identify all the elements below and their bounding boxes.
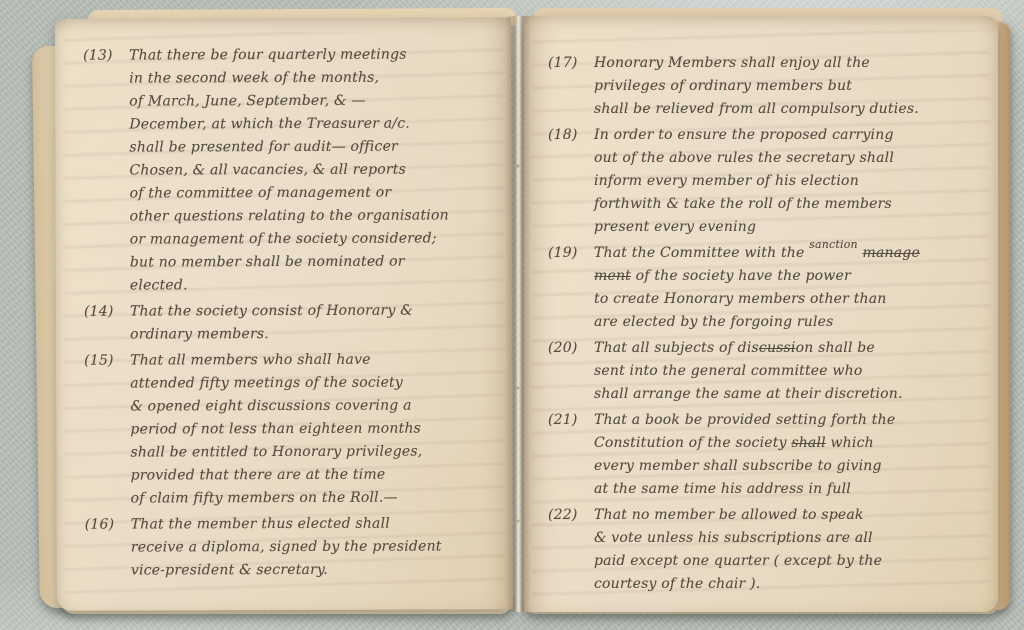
manuscript-item: (14)That the society consist of Honorary… bbox=[84, 299, 504, 346]
text-segment: That the Committee with the bbox=[594, 245, 809, 261]
manuscript-item: (16)That the member thus elected shallre… bbox=[85, 512, 505, 582]
text-segment: That all subjects of dis bbox=[594, 340, 759, 356]
text-line: courtesy of the chair ). bbox=[594, 573, 992, 596]
text-segment: Constitution of the society bbox=[594, 435, 791, 451]
manuscript-item: (19)That the Committee with the sanction… bbox=[548, 242, 992, 334]
item-number: (20) bbox=[548, 337, 594, 406]
text-line: That the member thus elected shall bbox=[131, 512, 505, 536]
inserted-text: sanction bbox=[809, 240, 858, 250]
text-line: That all members who shall have bbox=[130, 348, 504, 372]
item-lines: That no member be allowed to speak& vote… bbox=[594, 504, 992, 596]
text-line: at the same time his address in full bbox=[594, 478, 992, 501]
item-number: (16) bbox=[85, 514, 131, 583]
item-lines: In order to ensure the proposed carrying… bbox=[594, 124, 992, 239]
text-line: shall be entitled to Honorary privileges… bbox=[130, 440, 504, 464]
item-number: (14) bbox=[84, 301, 130, 347]
text-line: December, at which the Treasurer a/c. bbox=[129, 112, 503, 136]
item-number: (21) bbox=[548, 409, 594, 501]
text-line: other questions relating to the organisa… bbox=[130, 204, 504, 228]
text-line: of claim fifty members on the Roll.— bbox=[131, 486, 505, 510]
text-line: privileges of ordinary members but bbox=[594, 75, 992, 98]
text-line: forthwith & take the roll of the members bbox=[594, 193, 992, 216]
text-line: That there be four quarterly meetings bbox=[129, 43, 503, 67]
text-line: ordinary members. bbox=[130, 322, 504, 346]
manuscript-item: (21)That a book be provided setting fort… bbox=[548, 409, 992, 501]
text-line: shall arrange the same at their discreti… bbox=[594, 383, 992, 406]
item-number: (15) bbox=[84, 350, 131, 511]
text-line: That all subjects of discussion shall be bbox=[594, 337, 992, 360]
text-segment: of the society have the power bbox=[631, 268, 851, 284]
struck-text: ment bbox=[594, 268, 631, 284]
text-line: every member shall subscribe to giving bbox=[594, 455, 992, 478]
left-page-items: (13)That there be four quarterly meeting… bbox=[83, 43, 505, 582]
text-line: in the second week of the months, bbox=[129, 66, 503, 90]
text-line: inform every member of his election bbox=[594, 170, 992, 193]
struck-text: shall bbox=[791, 435, 826, 451]
text-line: elected. bbox=[130, 273, 504, 297]
struck-text: cussi bbox=[759, 340, 796, 356]
item-lines: That the member thus elected shallreceiv… bbox=[131, 512, 505, 582]
item-number: (18) bbox=[548, 124, 594, 239]
text-line: or management of the society considered; bbox=[130, 227, 504, 251]
item-lines: That the Committee with the sanction man… bbox=[594, 242, 992, 334]
item-number: (22) bbox=[548, 504, 594, 596]
text-line: shall be relieved from all compulsory du… bbox=[594, 98, 992, 121]
text-line: to create Honorary members other than bbox=[594, 288, 992, 311]
item-lines: That the society consist of Honorary &or… bbox=[130, 299, 504, 346]
item-lines: Honorary Members shall enjoy all thepriv… bbox=[594, 52, 992, 121]
manuscript-item: (13)That there be four quarterly meeting… bbox=[83, 43, 504, 297]
manuscript-item: (17)Honorary Members shall enjoy all the… bbox=[548, 52, 992, 121]
text-segment: which bbox=[826, 435, 874, 451]
text-line: Honorary Members shall enjoy all the bbox=[594, 52, 992, 75]
text-line: sent into the general committee who bbox=[594, 360, 992, 383]
item-lines: That a book be provided setting forth th… bbox=[594, 409, 992, 501]
text-line: That no member be allowed to speak bbox=[594, 504, 992, 527]
item-lines: That all subjects of discussion shall be… bbox=[594, 337, 992, 406]
photo-background: (13)That there be four quarterly meeting… bbox=[0, 0, 1024, 630]
item-number: (17) bbox=[548, 52, 594, 121]
text-line: provided that there are at the time bbox=[131, 463, 505, 487]
text-line: of March, June, September, & — bbox=[129, 89, 503, 113]
struck-text: manage bbox=[863, 245, 920, 261]
text-line: out of the above rules the secretary sha… bbox=[594, 147, 992, 170]
text-line: In order to ensure the proposed carrying bbox=[594, 124, 992, 147]
right-page: (17)Honorary Members shall enjoy all the… bbox=[524, 16, 998, 612]
text-line: period of not less than eighteen months bbox=[130, 417, 504, 441]
right-page-items: (17)Honorary Members shall enjoy all the… bbox=[548, 52, 992, 596]
text-line: & opened eight discussions covering a bbox=[130, 394, 504, 418]
text-line: but no member shall be nominated or bbox=[130, 250, 504, 274]
left-page: (13)That there be four quarterly meeting… bbox=[55, 17, 513, 611]
text-line: vice-president & secretary. bbox=[131, 558, 505, 582]
text-line: That the Committee with the sanction man… bbox=[594, 242, 992, 265]
text-line: paid except one quarter ( except by the bbox=[594, 550, 992, 573]
text-line: Constitution of the society shall which bbox=[594, 432, 992, 455]
text-line: attended fifty meetings of the society bbox=[130, 371, 504, 395]
text-line: shall be presented for audit— officer bbox=[129, 135, 503, 159]
text-line: & vote unless his subscriptions are all bbox=[594, 527, 992, 550]
text-line: That the society consist of Honorary & bbox=[130, 299, 504, 323]
text-line: Chosen, & all vacancies, & all reports bbox=[129, 158, 503, 182]
item-number: (13) bbox=[83, 45, 130, 298]
item-lines: That there be four quarterly meetingsin … bbox=[129, 43, 504, 297]
manuscript-item: (20)That all subjects of discussion shal… bbox=[548, 337, 992, 406]
text-line: ment of the society have the power bbox=[594, 265, 992, 288]
manuscript-item: (18)In order to ensure the proposed carr… bbox=[548, 124, 992, 239]
manuscript-item: (22)That no member be allowed to speak& … bbox=[548, 504, 992, 596]
text-line: present every evening bbox=[594, 216, 992, 239]
item-number: (19) bbox=[548, 242, 594, 334]
manuscript-item: (15)That all members who shall haveatten… bbox=[84, 348, 505, 510]
item-lines: That all members who shall haveattended … bbox=[130, 348, 505, 510]
left-page-surface: (13)That there be four quarterly meeting… bbox=[55, 17, 513, 611]
text-line: of the committee of management or bbox=[130, 181, 504, 205]
text-segment: on shall be bbox=[796, 340, 875, 356]
text-line: That a book be provided setting forth th… bbox=[594, 409, 992, 432]
right-page-surface: (17)Honorary Members shall enjoy all the… bbox=[524, 16, 998, 612]
text-line: are elected by the forgoing rules bbox=[594, 311, 992, 334]
text-line: receive a diploma, signed by the preside… bbox=[131, 535, 505, 559]
